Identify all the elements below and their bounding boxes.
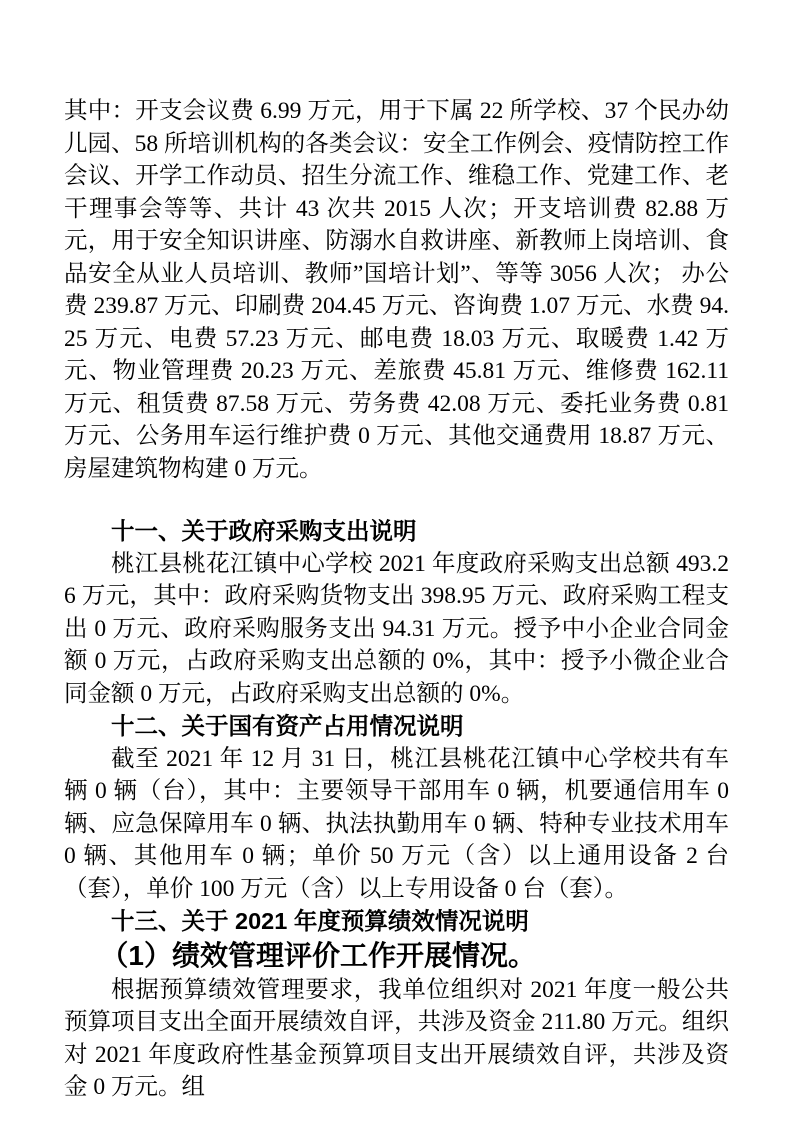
subheading-performance-evaluation: （1）绩效管理评价工作开展情况。 (64, 938, 729, 974)
paragraph-state-assets: 截至 2021 年 12 月 31 日，桃江县桃花江镇中心学校共有车辆 0 辆（… (64, 743, 729, 906)
paragraph-expense-details: 其中：开支会议费 6.99 万元，用于下属 22 所学校、37 个民办幼儿园、5… (64, 95, 729, 485)
section-heading-13-budget-performance: 十三、关于 2021 年度预算绩效情况说明 (64, 905, 729, 938)
section-heading-11-procurement: 十一、关于政府采购支出说明 (64, 515, 729, 548)
paragraph-performance-self-assessment: 根据预算绩效管理要求，我单位组织对 2021 年度一般公共预算项目支出全面开展绩… (64, 974, 729, 1104)
document-page: 其中：开支会议费 6.99 万元，用于下属 22 所学校、37 个民办幼儿园、5… (0, 0, 793, 1122)
section-heading-12-state-assets: 十二、关于国有资产占用情况说明 (64, 710, 729, 743)
paragraph-procurement-spending: 桃江县桃花江镇中心学校 2021 年度政府采购支出总额 493.26 万元，其中… (64, 548, 729, 711)
